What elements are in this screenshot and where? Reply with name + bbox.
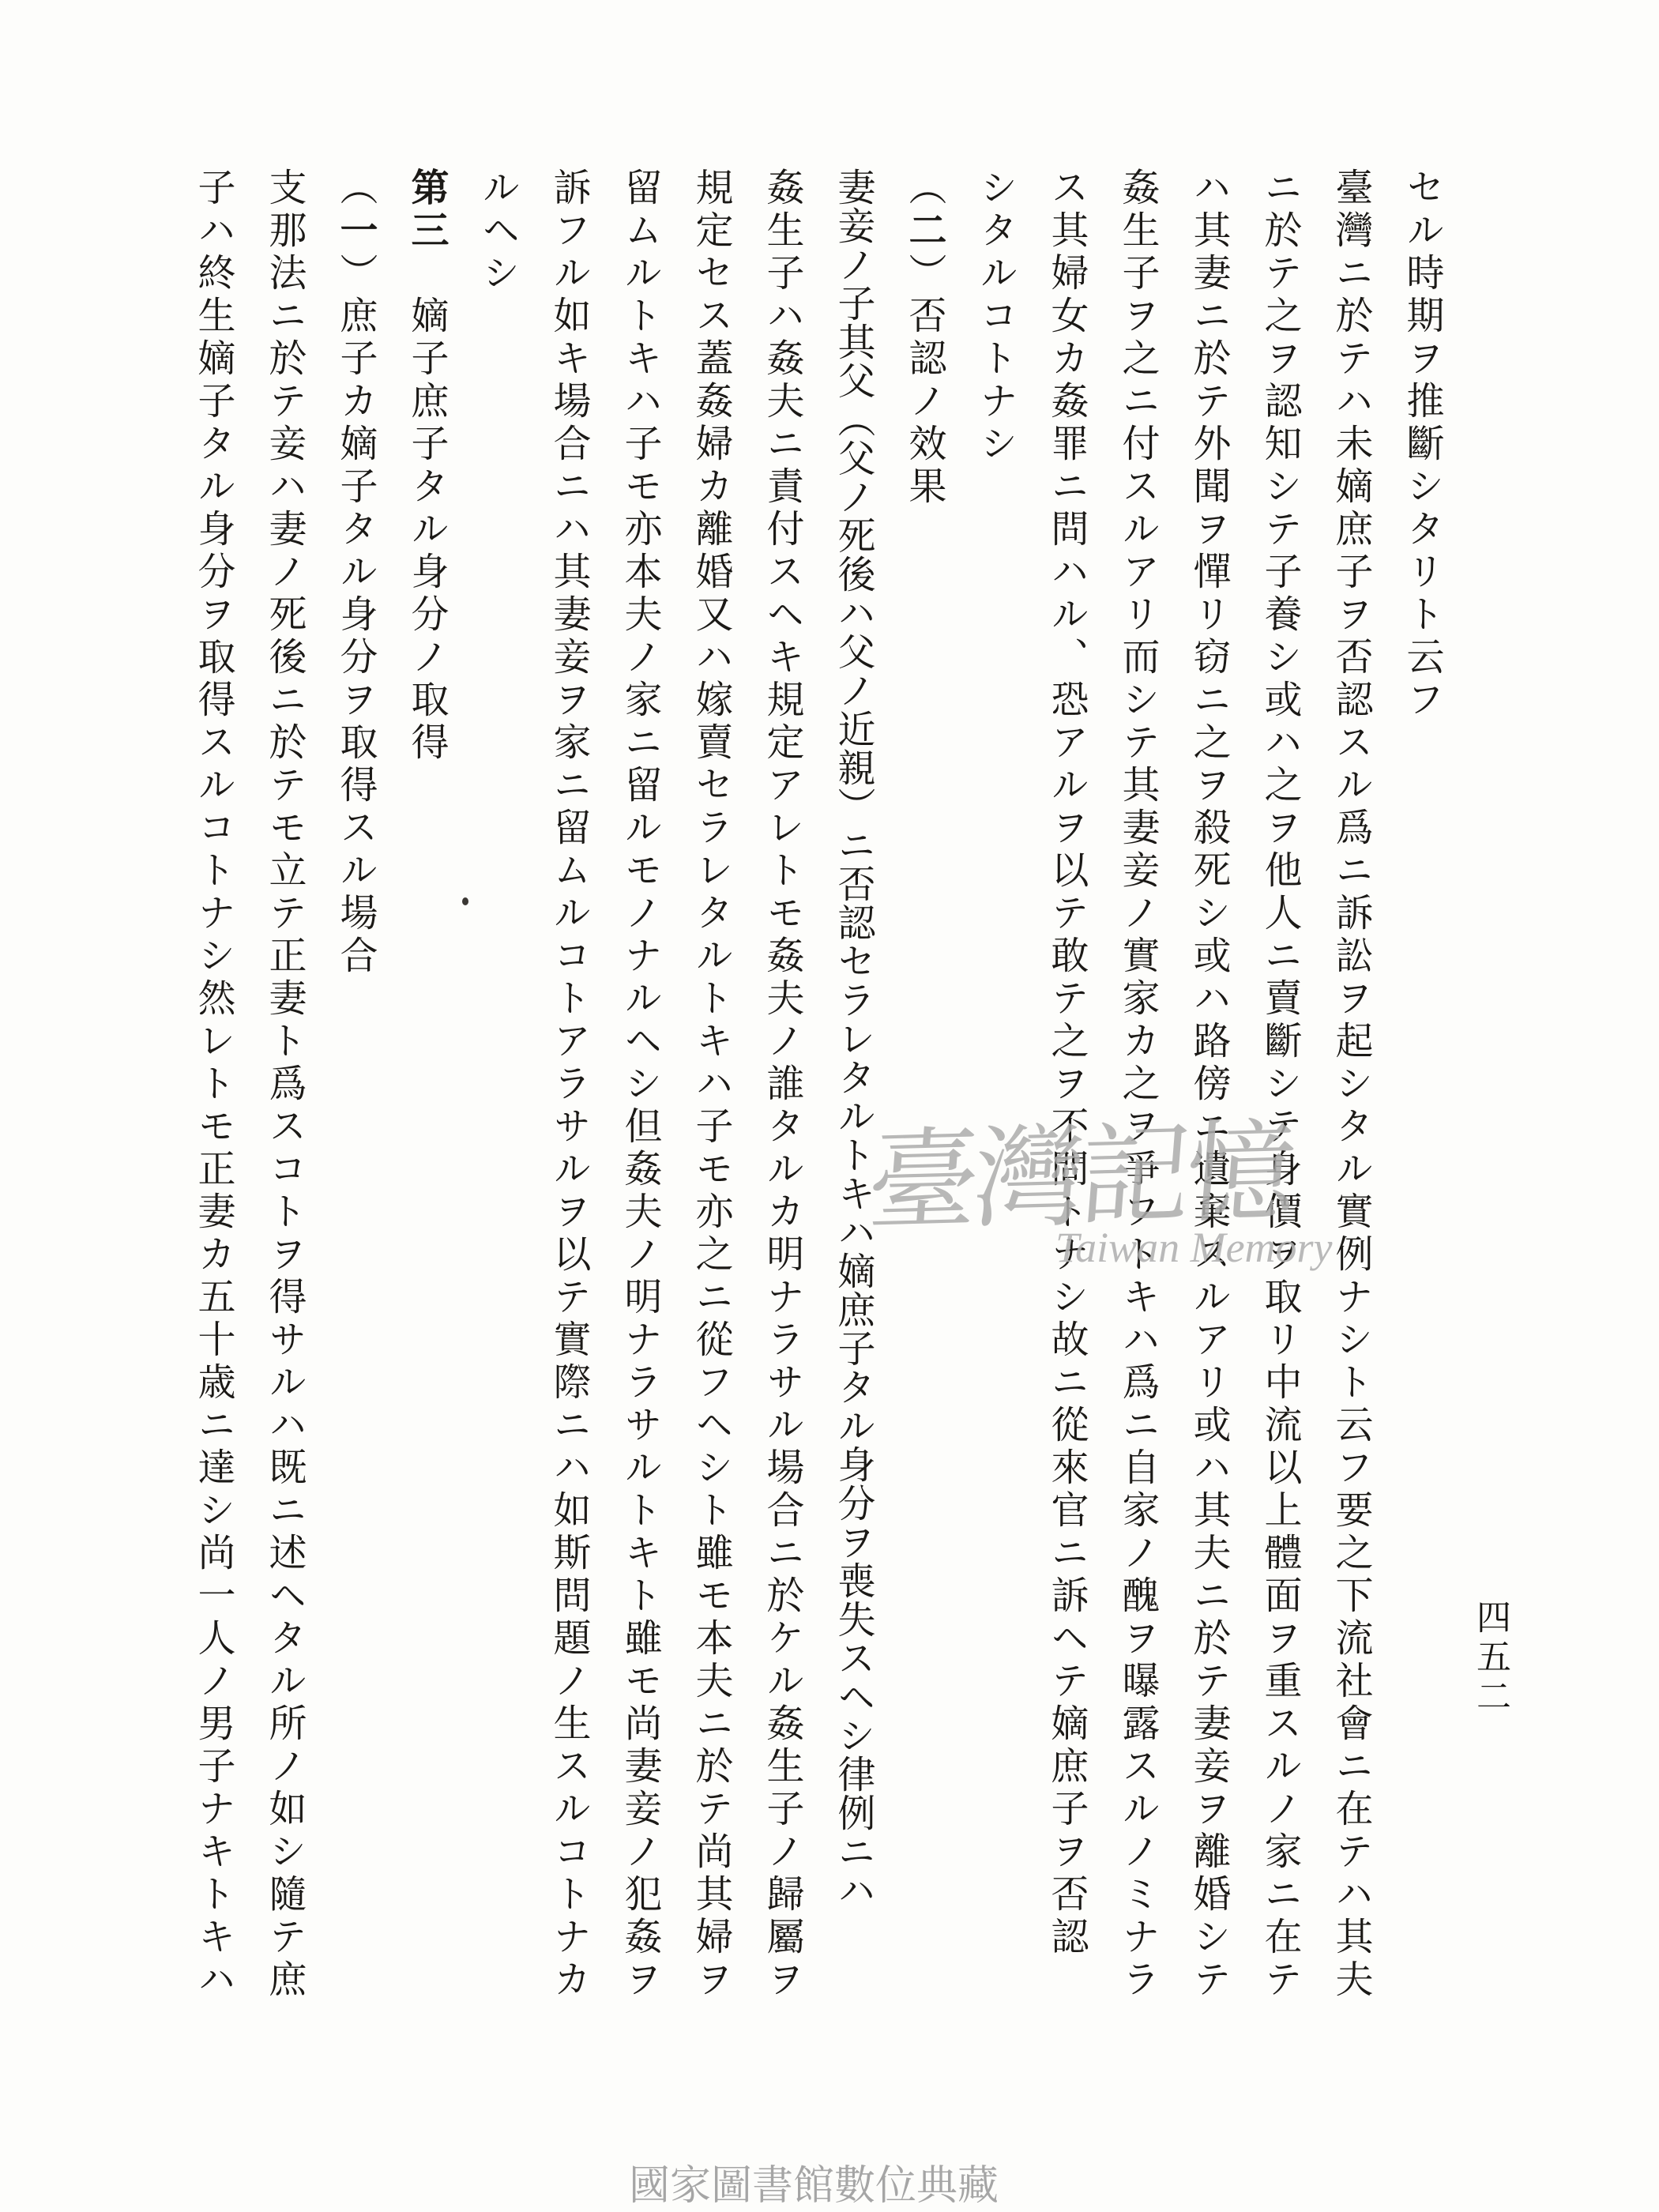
column-text: （ <box>334 167 376 210</box>
ink-speck <box>462 897 468 905</box>
column-text: 子ハ終生嫡子タル身分ヲ取得スルコトナシ然レトモ正妻カ五十歳ニ達シ尚一人ノ男子ナキ… <box>192 167 234 2002</box>
column-text: ス其婦女カ姦罪ニ問ハル、恐アルヲ以テ敢テ之ヲ不問トナシ故ニ從來官ニ訴ヘテ嫡庶子ヲ… <box>1045 167 1087 1959</box>
column-text: 規定セス蓋姦婦カ離婚又ハ嫁賣セラレタルトキハ子モ亦之ニ從フヘシト雖モ本夫ニ於テ尚… <box>690 167 732 2002</box>
scanned-page: セル時期ヲ推斷シタリト云フ臺灣ニ於テハ未嫡庶子ヲ否認スル爲ニ訴訟ヲ起シタル實例ナ… <box>0 0 1659 2212</box>
text-column: 子ハ終生嫡子タル身分ヲ取得スルコトナシ然レトモ正妻カ五十歳ニ達シ尚一人ノ男子ナキ… <box>177 167 248 2048</box>
text-column: ルヘシ <box>461 167 532 2048</box>
column-text: ）庶子カ嫡子タル身分ヲ取得スル場合 <box>334 253 376 978</box>
column-text: シタルコトナシ <box>974 167 1016 466</box>
text-column: 第三 嫡子庶子タル身分ノ取得 <box>390 167 461 2048</box>
text-column: 規定セス蓋姦婦カ離婚又ハ嫁賣セラレタルトキハ子モ亦之ニ從フヘシト雖モ本夫ニ於テ尚… <box>675 167 746 2048</box>
column-text: 妻妾ノ子其父（父ノ死後ハ父ノ近親）ニ否認セラレタルトキハ嫡庶子タル身分ヲ喪失スヘ… <box>832 167 874 1909</box>
column-text: 支那法ニ於テ妾ハ妻ノ死後ニ於テモ立テ正妻ト爲スコトヲ得サルハ既ニ述ヘタル所ノ如シ… <box>263 167 305 2002</box>
text-column: （一）庶子カ嫡子タル身分ヲ取得スル場合 <box>319 167 390 2048</box>
page-number: 四五二 <box>1465 1599 1515 1717</box>
column-text: 姦生子ヲ之ニ付スルアリ而シテ其妻妾ノ實家カ之ヲ爭フトキハ爲ニ自家ノ醜ヲ曝露スルノ… <box>1116 167 1158 2002</box>
footer-library-credit: 國家圖書館數位典藏 <box>629 2152 999 2211</box>
column-text: ）否認ノ效果 <box>903 253 945 509</box>
column-text: 嫡子庶子タル身分ノ取得 <box>405 253 447 765</box>
column-text: （ <box>903 167 945 210</box>
column-text: 留ムルトキハ子モ亦本夫ノ家ニ留ルモノナルヘシ但姦夫ノ明ナラサルトキト雖モ尚妻妾ノ… <box>619 167 660 2002</box>
column-text: 姦生子ハ姦夫ニ責付スヘキ規定アレトモ姦夫ノ誰タルカ明ナラサル場合ニ於ケル姦生子ノ… <box>761 167 803 2002</box>
column-text: 二 <box>903 210 945 253</box>
column-text: 訴フル如キ場合ニハ其妻妾ヲ家ニ留ムルコトアラサルヲ以テ實際ニハ如斯問題ノ生スルコ… <box>547 167 589 2002</box>
text-column: 臺灣ニ於テハ未嫡庶子ヲ否認スル爲ニ訴訟ヲ起シタル實例ナシト云フ要之下流社會ニ在テ… <box>1315 167 1386 2048</box>
text-column: 支那法ニ於テ妾ハ妻ノ死後ニ於テモ立テ正妻ト爲スコトヲ得サルハ既ニ述ヘタル所ノ如シ… <box>248 167 319 2048</box>
text-column: セル時期ヲ推斷シタリト云フ <box>1386 167 1457 2048</box>
text-column: 姦生子ハ姦夫ニ責付スヘキ規定アレトモ姦夫ノ誰タルカ明ナラサル場合ニ於ケル姦生子ノ… <box>746 167 817 2048</box>
text-column: 訴フル如キ場合ニハ其妻妾ヲ家ニ留ムルコトアラサルヲ以テ實際ニハ如斯問題ノ生スルコ… <box>532 167 604 2048</box>
taiwan-memory-watermark-latin: Taiwan Memory <box>1055 1223 1333 1272</box>
column-text: 第三 <box>405 167 447 253</box>
text-column: 留ムルトキハ子モ亦本夫ノ家ニ留ルモノナルヘシ但姦夫ノ明ナラサルトキト雖モ尚妻妾ノ… <box>604 167 675 2048</box>
column-text: 臺灣ニ於テハ未嫡庶子ヲ否認スル爲ニ訴訟ヲ起シタル實例ナシト云フ要之下流社會ニ在テ… <box>1330 167 1371 2002</box>
column-text: ルヘシ <box>476 167 518 295</box>
column-text: 一 <box>334 210 376 253</box>
column-text: セル時期ヲ推斷シタリト云フ <box>1401 167 1443 722</box>
